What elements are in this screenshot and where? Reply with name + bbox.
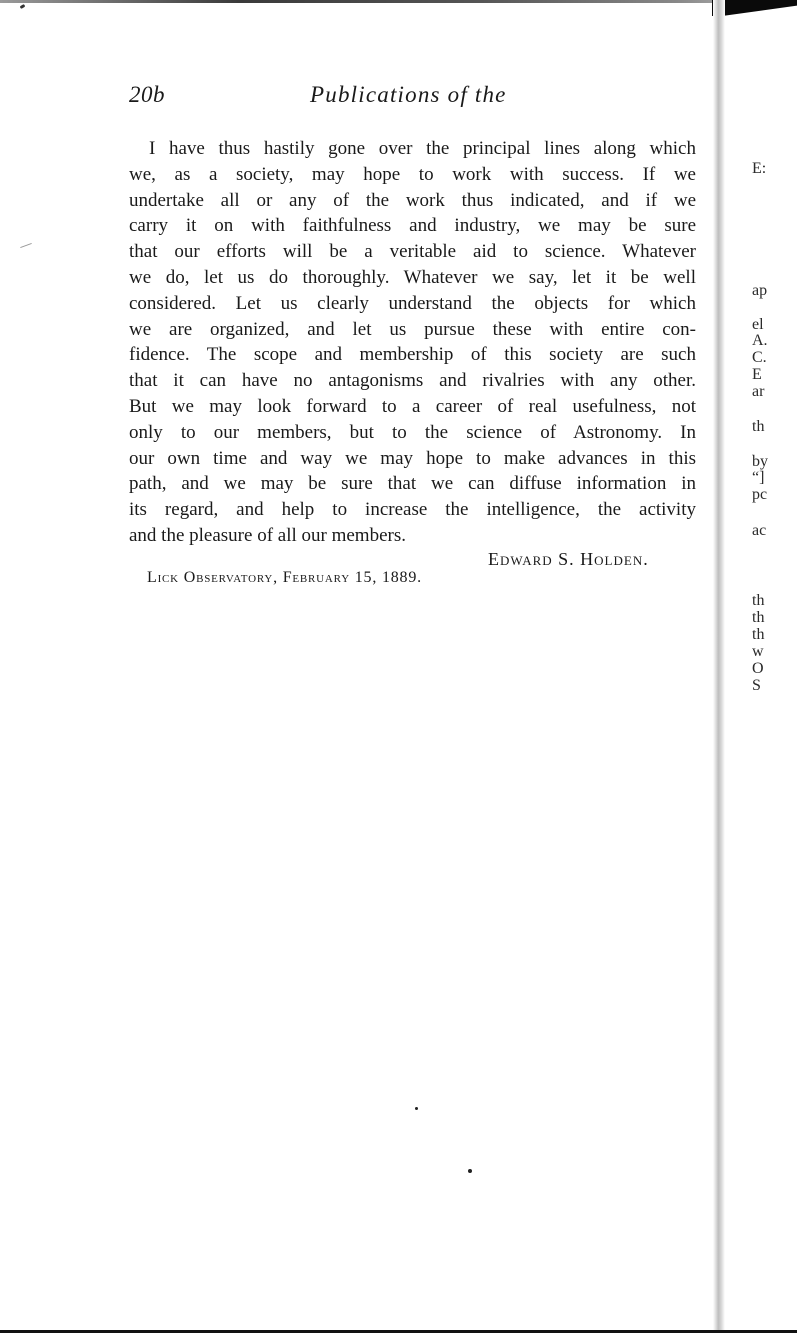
scan-speck [415, 1107, 418, 1110]
facing-page-text-fragment: w [752, 643, 764, 661]
facing-page-text-fragment: ac [752, 522, 766, 540]
facing-page-text-fragment: ap [752, 282, 767, 300]
text-line: fidence. The scope and membership of thi… [129, 342, 696, 368]
left-page: 20b Publications of the I have thus hast… [0, 0, 712, 1333]
facing-page-text-fragment: S [752, 677, 761, 695]
facing-page-fragment: E:apelA.C.Earthby“]pcacthththwOS [752, 0, 797, 1333]
text-line: But we may look forward to a career of r… [129, 394, 696, 420]
author-signature: Edward S. Holden. [488, 549, 649, 570]
facing-page-text-fragment: th [752, 609, 764, 627]
text-line: considered. Let us clearly understand th… [129, 291, 696, 317]
text-line: I have thus hastily gone over the princi… [129, 136, 696, 162]
text-line: we are organized, and let us pursue thes… [129, 317, 696, 343]
text-line: we, as a society, may hope to work with … [129, 162, 696, 188]
page-number: 20b [129, 82, 165, 108]
facing-page-text-fragment: pc [752, 486, 767, 504]
text-line: only to our members, but to the science … [129, 420, 696, 446]
text-line: that it can have no antagonisms and riva… [129, 368, 696, 394]
facing-page-text-fragment: th [752, 626, 764, 644]
facing-page-text-fragment: E [752, 366, 762, 384]
facing-page-text-fragment: “] [752, 469, 764, 487]
text-line: its regard, and help to increase the int… [129, 497, 696, 523]
facing-page-text-fragment: C. [752, 349, 767, 367]
text-line: that our efforts will be a veritable aid… [129, 239, 696, 265]
book-spine-shadow [713, 0, 725, 1333]
body-paragraph: I have thus hastily gone over the princi… [129, 136, 696, 549]
facing-page-text-fragment: th [752, 418, 764, 436]
text-line: and the pleasure of all our members. [129, 523, 696, 549]
facing-page-text-fragment: E: [752, 160, 766, 178]
page-header: 20b Publications of the [129, 82, 689, 112]
text-line: undertake all or any of the work thus in… [129, 188, 696, 214]
dateline: Lick Observatory, February 15, 1889. [147, 569, 422, 587]
scan-scratch [20, 243, 32, 248]
facing-page-text-fragment: O [752, 660, 764, 678]
facing-page-text-fragment: ar [752, 383, 764, 401]
text-line: we do, let us do thoroughly. Whatever we… [129, 265, 696, 291]
text-line: our own time and way we may hope to make… [129, 446, 696, 472]
scan-speck [468, 1169, 472, 1173]
text-line: carry it on with faithfulness and indust… [129, 213, 696, 239]
facing-page-text-fragment: A. [752, 332, 768, 350]
facing-page-text-fragment: th [752, 592, 764, 610]
running-title: Publications of the [310, 82, 507, 108]
text-line: path, and we may be sure that we can dif… [129, 471, 696, 497]
